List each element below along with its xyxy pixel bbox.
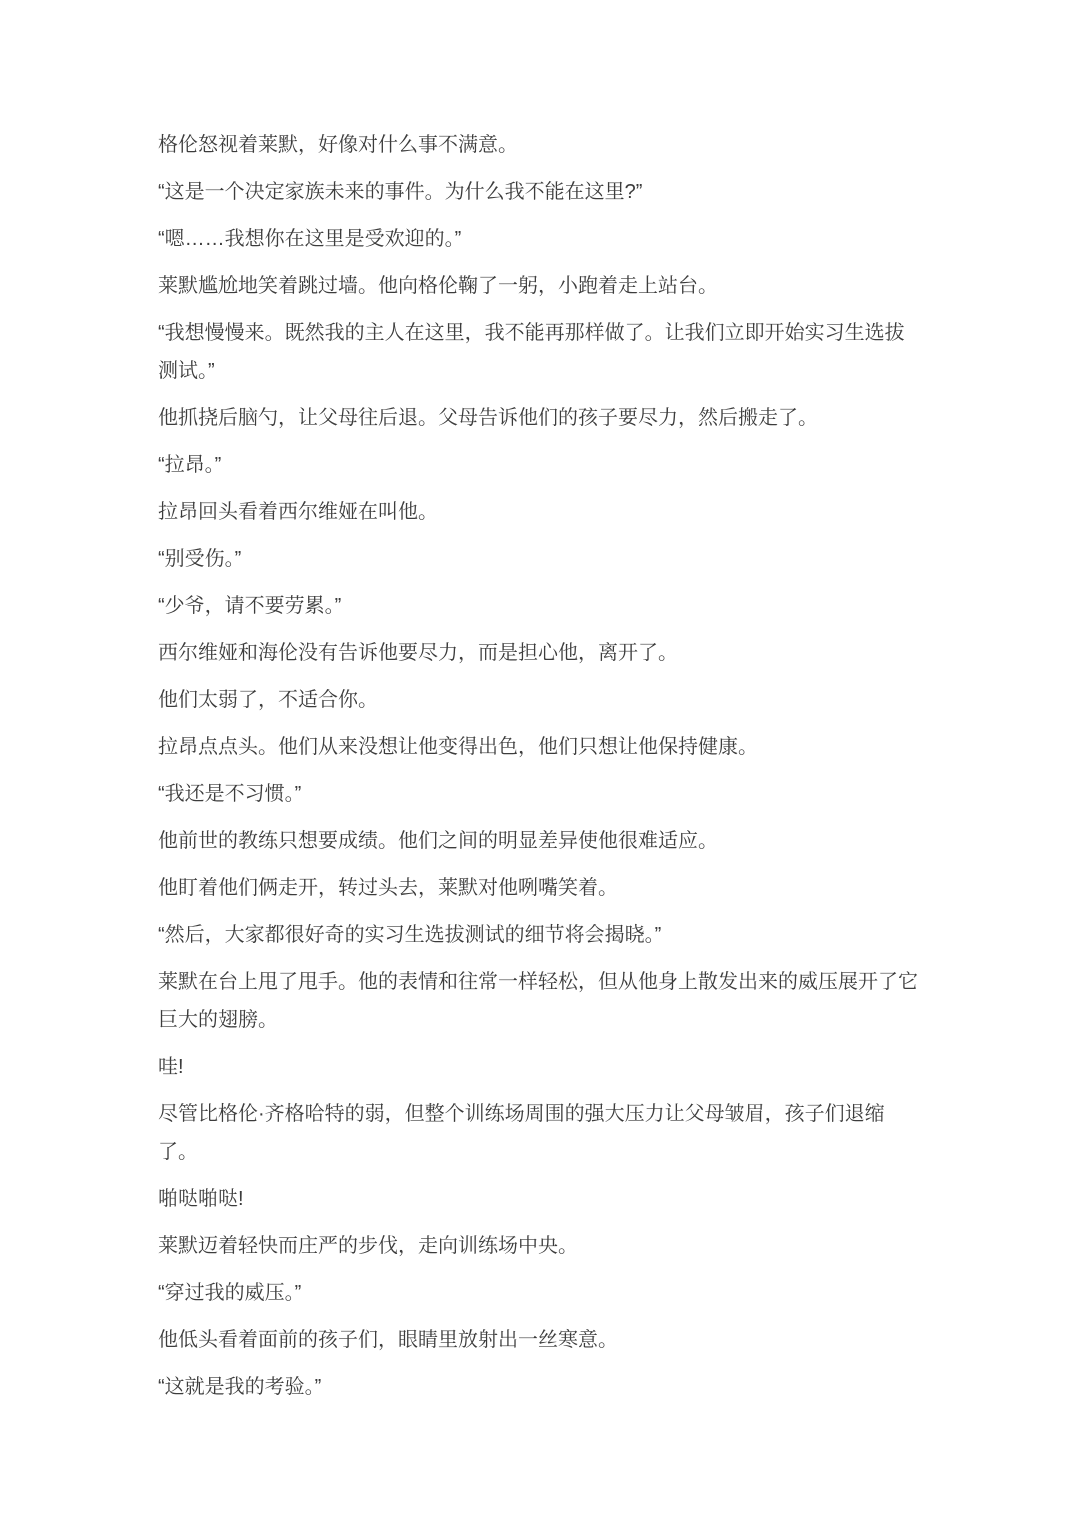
paragraph: “然后，大家都很好奇的实习生选拔测试的细节将会揭晓。” [158,916,920,954]
document-page: 格伦怒视着莱默，好像对什么事不满意。 “这是一个决定家族未来的事件。为什么我不能… [0,0,1074,1519]
paragraph: “我还是不习惯。” [158,775,920,813]
paragraph: 啪哒啪哒! [158,1180,920,1218]
paragraph: 拉昂点点头。他们从来没想让他变得出色，他们只想让他保持健康。 [158,728,920,766]
paragraph: 莱默迈着轻快而庄严的步伐，走向训练场中央。 [158,1227,920,1265]
paragraph: 莱默在台上甩了甩手。他的表情和往常一样轻松，但从他身上散发出来的威压展开了它巨大… [158,963,920,1039]
paragraph: 他抓挠后脑勺，让父母往后退。父母告诉他们的孩子要尽力，然后搬走了。 [158,399,920,437]
paragraph: 他盯着他们俩走开，转过头去，莱默对他咧嘴笑着。 [158,869,920,907]
paragraph: “我想慢慢来。既然我的主人在这里，我不能再那样做了。让我们立即开始实习生选拔测试… [158,314,920,390]
chapter-text: 格伦怒视着莱默，好像对什么事不满意。 “这是一个决定家族未来的事件。为什么我不能… [158,126,920,1406]
paragraph: 拉昂回头看着西尔维娅在叫他。 [158,493,920,531]
paragraph: “嗯……我想你在这里是受欢迎的。” [158,220,920,258]
paragraph: “拉昂。” [158,446,920,484]
paragraph: 他低头看着面前的孩子们，眼睛里放射出一丝寒意。 [158,1321,920,1359]
paragraph: 莱默尴尬地笑着跳过墙。他向格伦鞠了一躬，小跑着走上站台。 [158,267,920,305]
paragraph: “别受伤。” [158,540,920,578]
paragraph: “穿过我的威压。” [158,1274,920,1312]
paragraph: “这是一个决定家族未来的事件。为什么我不能在这里?” [158,173,920,211]
paragraph: “这就是我的考验。” [158,1368,920,1406]
paragraph: 他前世的教练只想要成绩。他们之间的明显差异使他很难适应。 [158,822,920,860]
paragraph: 格伦怒视着莱默，好像对什么事不满意。 [158,126,920,164]
paragraph: 他们太弱了，不适合你。 [158,681,920,719]
paragraph: 西尔维娅和海伦没有告诉他要尽力，而是担心他，离开了。 [158,634,920,672]
paragraph: 哇! [158,1048,920,1086]
paragraph: “少爷，请不要劳累。” [158,587,920,625]
paragraph: 尽管比格伦·齐格哈特的弱，但整个训练场周围的强大压力让父母皱眉，孩子们退缩了。 [158,1095,920,1171]
